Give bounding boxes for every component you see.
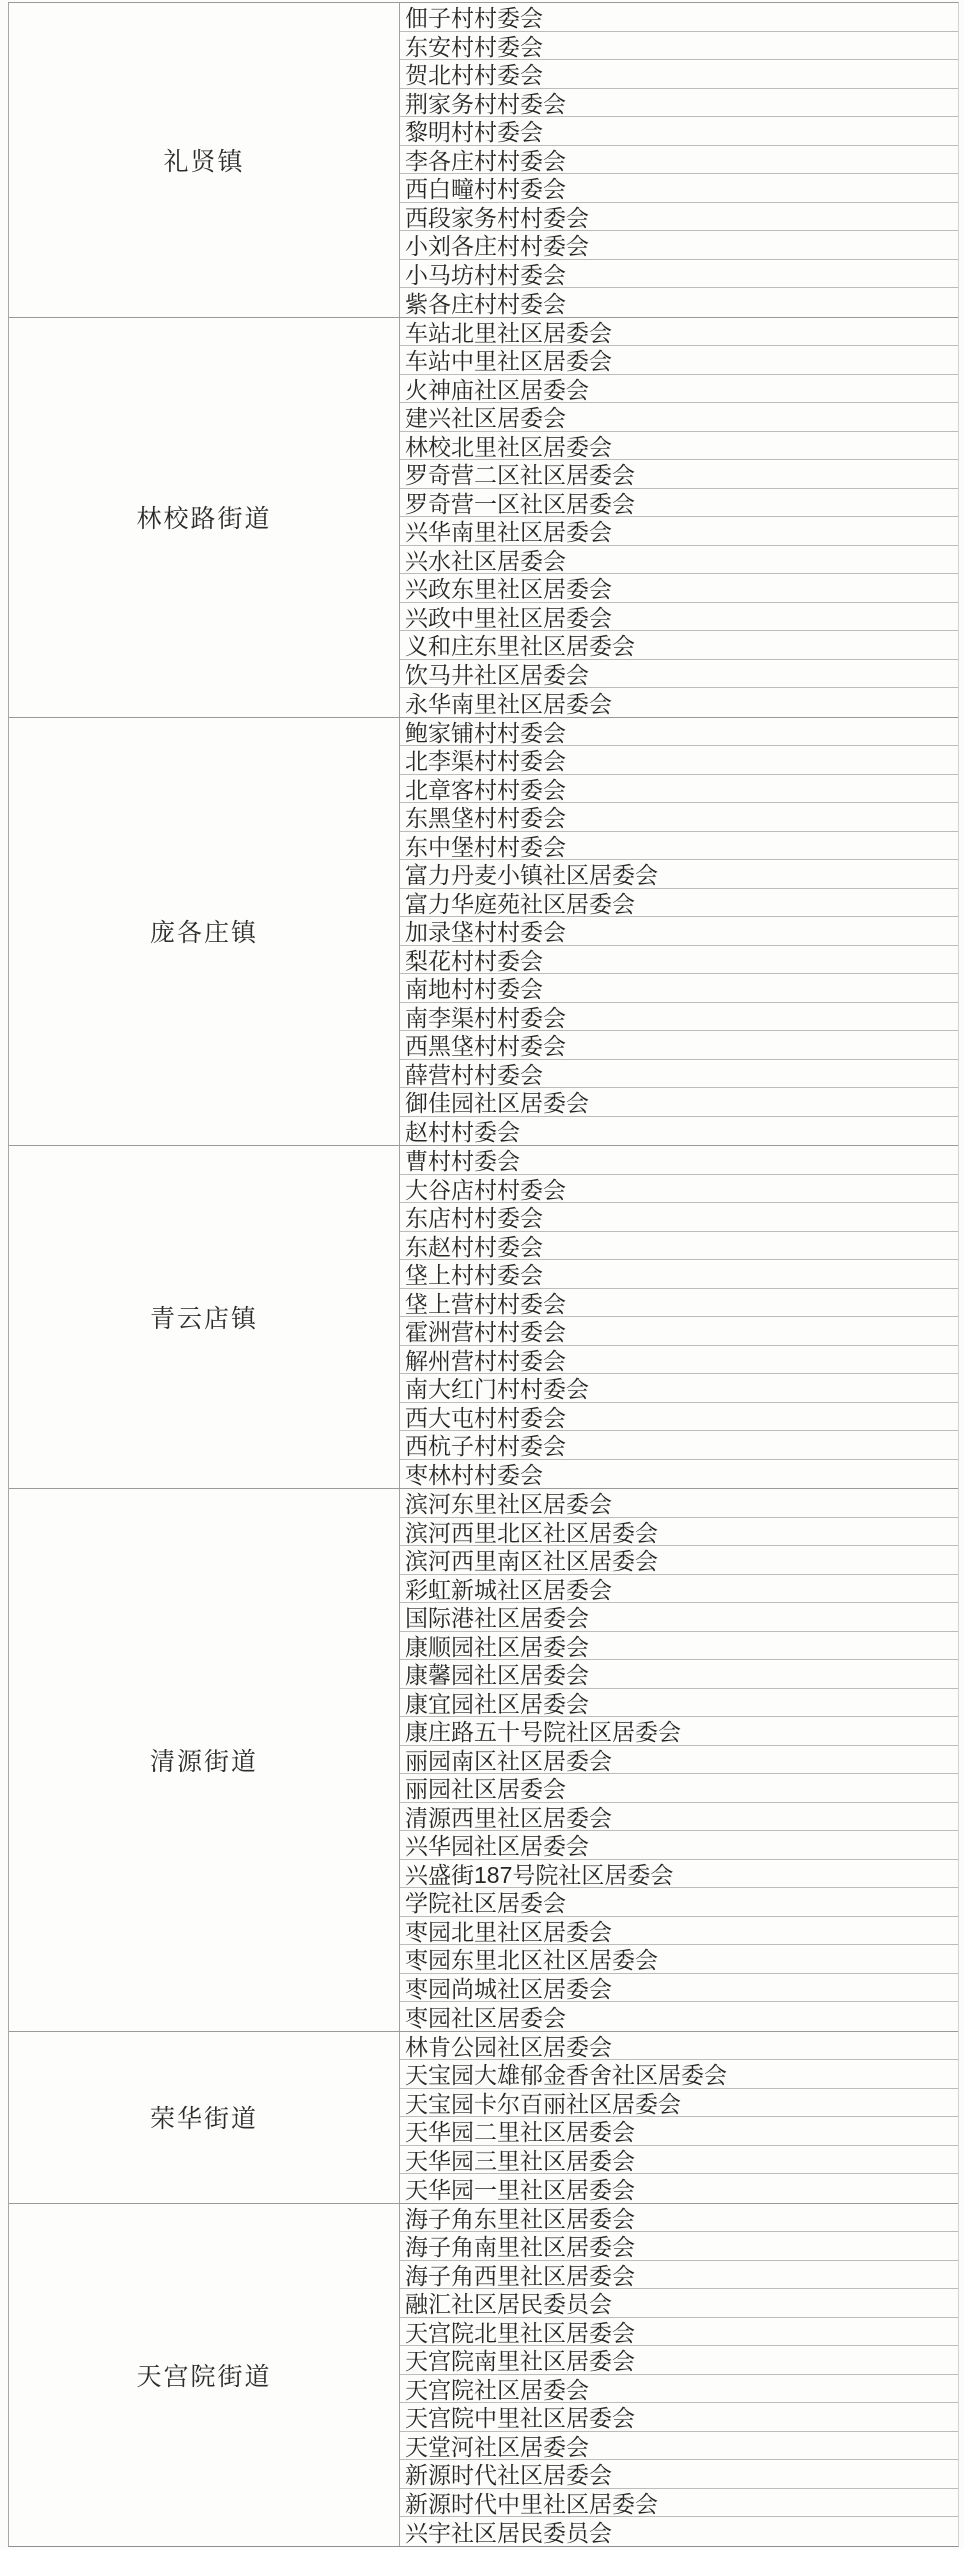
table-row: 兴政东里社区居委会 bbox=[400, 574, 958, 603]
table-row: 丽园南区社区居委会 bbox=[400, 1746, 958, 1775]
table-row: 薛营村村委会 bbox=[400, 1060, 958, 1089]
table-row: 融汇社区居民委员会 bbox=[400, 2289, 958, 2318]
committee-name: 兴宇社区居民委员会 bbox=[405, 2515, 612, 2548]
rows-cell: 车站北里社区居委会车站中里社区居委会火神庙社区居委会建兴社区居委会林校北里社区居… bbox=[400, 318, 958, 717]
table-row: 兴水社区居委会 bbox=[400, 546, 958, 575]
table-row: 黎明村村委会 bbox=[400, 117, 958, 146]
table-row: 枣园社区居委会 bbox=[400, 2002, 958, 2031]
rows-cell: 海子角东里社区居委会海子角南里社区居委会海子角西里社区居委会融汇社区居民委员会天… bbox=[400, 2204, 958, 2546]
table-row: 天宝园大雄郁金香舍社区居委会 bbox=[400, 2060, 958, 2089]
table-row: 永华南里社区居委会 bbox=[400, 688, 958, 717]
table-row: 罗奇营二区社区居委会 bbox=[400, 460, 958, 489]
table-row: 御佳园社区居委会 bbox=[400, 1088, 958, 1117]
group-cell: 天宫院街道 bbox=[9, 2204, 400, 2546]
table-row: 垡上村村委会 bbox=[400, 1260, 958, 1289]
group-cell: 青云店镇 bbox=[9, 1146, 400, 1488]
table-row: 滨河西里北区社区居委会 bbox=[400, 1518, 958, 1547]
table-section: 青云店镇曹村村委会大谷店村村委会东店村村委会东赵村村委会垡上村村委会垡上营村村委… bbox=[9, 1146, 958, 1489]
table-section: 荣华街道林肯公园社区居委会天宝园大雄郁金香舍社区居委会天宝园卡尔百丽社区居委会天… bbox=[9, 2032, 958, 2204]
table-row: 佃子村村委会 bbox=[400, 3, 958, 32]
table-section: 礼贤镇佃子村村委会东安村村委会贺北村村委会荆家务村村委会黎明村村委会李各庄村村委… bbox=[9, 3, 958, 318]
table-row: 天华园一里社区居委会 bbox=[400, 2174, 958, 2203]
table-row: 新源时代中里社区居委会 bbox=[400, 2489, 958, 2518]
table-row: 枣园北里社区居委会 bbox=[400, 1917, 958, 1946]
table-row: 车站中里社区居委会 bbox=[400, 346, 958, 375]
table-row: 罗奇营一区社区居委会 bbox=[400, 489, 958, 518]
group-cell: 清源街道 bbox=[9, 1489, 400, 2031]
table-row: 饮马井社区居委会 bbox=[400, 660, 958, 689]
table-row: 加录垡村村委会 bbox=[400, 917, 958, 946]
table-row: 大谷店村村委会 bbox=[400, 1175, 958, 1204]
group-cell: 庞各庄镇 bbox=[9, 718, 400, 1146]
table-row: 清源西里社区居委会 bbox=[400, 1803, 958, 1832]
table-row: 康庄路五十号院社区居委会 bbox=[400, 1717, 958, 1746]
table-row: 天华园三里社区居委会 bbox=[400, 2146, 958, 2175]
table-row: 富力丹麦小镇社区居委会 bbox=[400, 860, 958, 889]
table-section: 清源街道滨河东里社区居委会滨河西里北区社区居委会滨河西里南区社区居委会彩虹新城社… bbox=[9, 1489, 958, 2032]
group-name: 清源街道 bbox=[150, 1742, 258, 1778]
table-row: 天宫院社区居委会 bbox=[400, 2375, 958, 2404]
table-row: 南大红门村村委会 bbox=[400, 1374, 958, 1403]
table-row: 垡上营村村委会 bbox=[400, 1289, 958, 1318]
group-name: 礼贤镇 bbox=[163, 142, 244, 178]
table-row: 西白疃村村委会 bbox=[400, 174, 958, 203]
table-row: 东安村村委会 bbox=[400, 32, 958, 61]
table-row: 兴盛街187号院社区居委会 bbox=[400, 1860, 958, 1889]
table-row: 兴华园社区居委会 bbox=[400, 1831, 958, 1860]
table-row: 枣园东里北区社区居委会 bbox=[400, 1945, 958, 1974]
table-row: 贺北村村委会 bbox=[400, 60, 958, 89]
table-row: 兴宇社区居民委员会 bbox=[400, 2517, 958, 2546]
table-row: 小马坊村村委会 bbox=[400, 260, 958, 289]
table-row: 彩虹新城社区居委会 bbox=[400, 1575, 958, 1604]
table-row: 解州营村村委会 bbox=[400, 1346, 958, 1375]
table-row: 海子角东里社区居委会 bbox=[400, 2204, 958, 2233]
table-row: 兴政中里社区居委会 bbox=[400, 603, 958, 632]
group-cell: 林校路街道 bbox=[9, 318, 400, 717]
table-row: 康顺园社区居委会 bbox=[400, 1632, 958, 1661]
table-row: 东黑垡村村委会 bbox=[400, 803, 958, 832]
table-row: 紫各庄村村委会 bbox=[400, 288, 958, 317]
table-row: 赵村村委会 bbox=[400, 1117, 958, 1146]
table-row: 荆家务村村委会 bbox=[400, 89, 958, 118]
table-row: 天宫院北里社区居委会 bbox=[400, 2318, 958, 2347]
table-row: 南李渠村村委会 bbox=[400, 1003, 958, 1032]
table-row: 天堂河社区居委会 bbox=[400, 2432, 958, 2461]
table-row: 海子角西里社区居委会 bbox=[400, 2261, 958, 2290]
table-section: 庞各庄镇鲍家铺村村委会北李渠村村委会北章客村村委会东黑垡村村委会东中堡村村委会富… bbox=[9, 718, 958, 1147]
table-row: 滨河西里南区社区居委会 bbox=[400, 1546, 958, 1575]
table-row: 枣园尚城社区居委会 bbox=[400, 1974, 958, 2003]
table-row: 康宜园社区居委会 bbox=[400, 1689, 958, 1718]
table-row: 南地村村委会 bbox=[400, 974, 958, 1003]
table-row: 北章客村村委会 bbox=[400, 775, 958, 804]
table-row: 西段家务村村委会 bbox=[400, 203, 958, 232]
table-row: 西大屯村村委会 bbox=[400, 1403, 958, 1432]
table-row: 西黑垡村村委会 bbox=[400, 1031, 958, 1060]
table-row: 富力华庭苑社区居委会 bbox=[400, 889, 958, 918]
table-row: 天华园二里社区居委会 bbox=[400, 2117, 958, 2146]
table-row: 北李渠村村委会 bbox=[400, 746, 958, 775]
table-row: 新源时代社区居委会 bbox=[400, 2460, 958, 2489]
rows-cell: 林肯公园社区居委会天宝园大雄郁金香舍社区居委会天宝园卡尔百丽社区居委会天华园二里… bbox=[400, 2032, 958, 2203]
table-row: 海子角南里社区居委会 bbox=[400, 2232, 958, 2261]
rows-cell: 滨河东里社区居委会滨河西里北区社区居委会滨河西里南区社区居委会彩虹新城社区居委会… bbox=[400, 1489, 958, 2031]
table-row: 义和庄东里社区居委会 bbox=[400, 631, 958, 660]
table-row: 建兴社区居委会 bbox=[400, 403, 958, 432]
table-row: 曹村村委会 bbox=[400, 1146, 958, 1175]
table-row: 天宫院南里社区居委会 bbox=[400, 2346, 958, 2375]
table-row: 车站北里社区居委会 bbox=[400, 318, 958, 347]
group-name: 荣华街道 bbox=[150, 2099, 258, 2135]
table-row: 兴华南里社区居委会 bbox=[400, 517, 958, 546]
table-row: 滨河东里社区居委会 bbox=[400, 1489, 958, 1518]
table-row: 康馨园社区居委会 bbox=[400, 1660, 958, 1689]
group-name: 林校路街道 bbox=[136, 499, 271, 535]
table-row: 火神庙社区居委会 bbox=[400, 375, 958, 404]
table-row: 霍洲营村村委会 bbox=[400, 1317, 958, 1346]
group-name: 青云店镇 bbox=[150, 1299, 258, 1335]
table-row: 林肯公园社区居委会 bbox=[400, 2032, 958, 2061]
table-row: 林校北里社区居委会 bbox=[400, 432, 958, 461]
page: 礼贤镇佃子村村委会东安村村委会贺北村村委会荆家务村村委会黎明村村委会李各庄村村委… bbox=[0, 0, 964, 2550]
committee-table: 礼贤镇佃子村村委会东安村村委会贺北村村委会荆家务村村委会黎明村村委会李各庄村村委… bbox=[8, 2, 959, 2547]
rows-cell: 曹村村委会大谷店村村委会东店村村委会东赵村村委会垡上村村委会垡上营村村委会霍洲营… bbox=[400, 1146, 958, 1488]
table-row: 梨花村村委会 bbox=[400, 946, 958, 975]
table-section: 天宫院街道海子角东里社区居委会海子角南里社区居委会海子角西里社区居委会融汇社区居… bbox=[9, 2204, 958, 2546]
group-cell: 礼贤镇 bbox=[9, 3, 400, 317]
group-name: 庞各庄镇 bbox=[150, 913, 258, 949]
table-row: 国际港社区居委会 bbox=[400, 1603, 958, 1632]
group-cell: 荣华街道 bbox=[9, 2032, 400, 2203]
table-row: 东赵村村委会 bbox=[400, 1232, 958, 1261]
rows-cell: 鲍家铺村村委会北李渠村村委会北章客村村委会东黑垡村村委会东中堡村村委会富力丹麦小… bbox=[400, 718, 958, 1146]
table-row: 小刘各庄村村委会 bbox=[400, 231, 958, 260]
table-row: 西杭子村村委会 bbox=[400, 1431, 958, 1460]
table-row: 枣林村村委会 bbox=[400, 1460, 958, 1489]
table-row: 东中堡村村委会 bbox=[400, 832, 958, 861]
table-row: 丽园社区居委会 bbox=[400, 1774, 958, 1803]
rows-cell: 佃子村村委会东安村村委会贺北村村委会荆家务村村委会黎明村村委会李各庄村村委会西白… bbox=[400, 3, 958, 317]
table-row: 东店村村委会 bbox=[400, 1203, 958, 1232]
table-row: 李各庄村村委会 bbox=[400, 146, 958, 175]
group-name: 天宫院街道 bbox=[136, 2357, 271, 2393]
table-row: 鲍家铺村村委会 bbox=[400, 718, 958, 747]
table-row: 天宝园卡尔百丽社区居委会 bbox=[400, 2089, 958, 2118]
table-section: 林校路街道车站北里社区居委会车站中里社区居委会火神庙社区居委会建兴社区居委会林校… bbox=[9, 318, 958, 718]
table-row: 学院社区居委会 bbox=[400, 1888, 958, 1917]
table-row: 天宫院中里社区居委会 bbox=[400, 2403, 958, 2432]
